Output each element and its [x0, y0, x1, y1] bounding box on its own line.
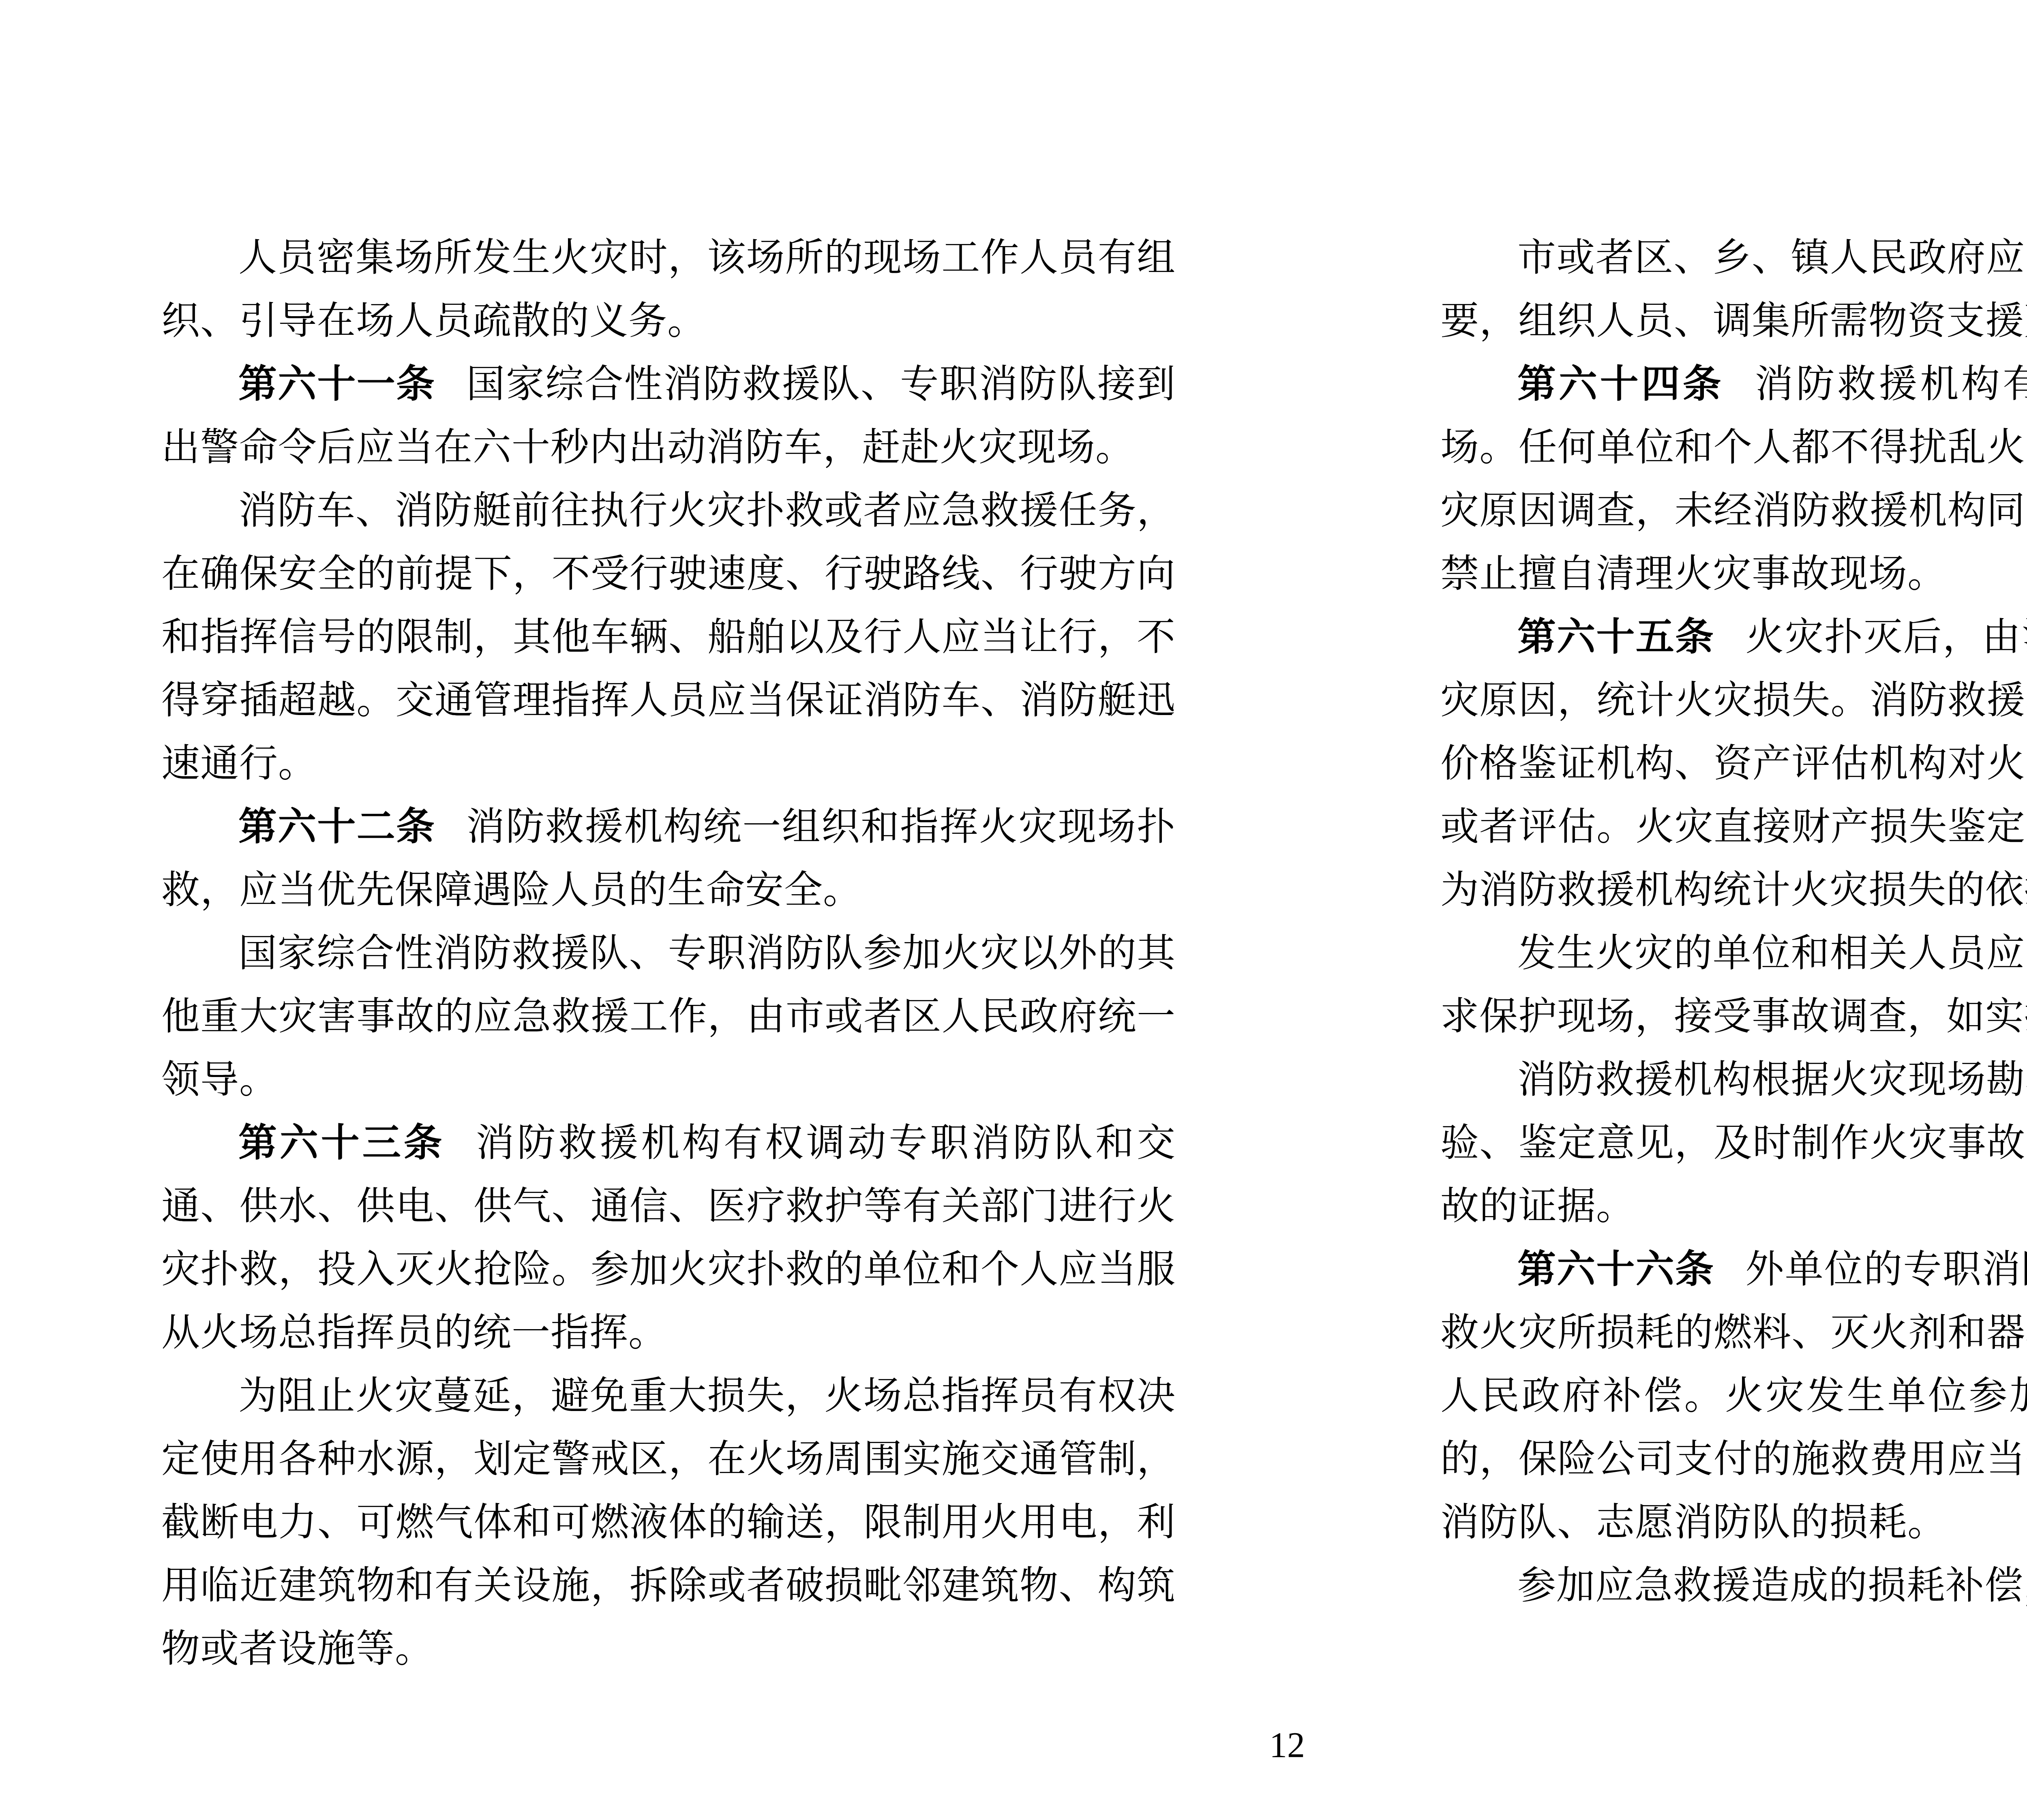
paragraph-text: 火灾扑灭后，由消防救援机构负责调查火灾原因，统计火灾损失。消防救援机构可以委托依…: [1440, 616, 2027, 912]
paragraph: 消防救援机构根据火灾现场勘验、调查情况和有关的检验、鉴定意见，及时制作火灾事故认…: [1440, 1048, 2027, 1238]
paragraph: 参加应急救援造成的损耗补偿，参照前款规定执行。: [1440, 1554, 2027, 1617]
paragraph-text: 国家综合性消防救援队、专职消防队参加火灾以外的其他重大灾害事故的应急救援工作，由…: [161, 932, 1176, 1101]
left-column: 人员密集场所发生火灾时，该场所的现场工作人员有组织、引导在场人员疏散的义务。 第…: [161, 226, 1176, 1681]
paragraph-text: 消防救援机构根据火灾现场勘验、调查情况和有关的检验、鉴定意见，及时制作火灾事故认…: [1440, 1058, 2027, 1228]
article-number: 第六十二条: [238, 805, 435, 848]
paragraph-text: 人员密集场所发生火灾时，该场所的现场工作人员有组织、引导在场人员疏散的义务。: [161, 236, 1176, 343]
article-number: 第六十三条: [238, 1122, 445, 1165]
paragraph-text: 消防车、消防艇前往执行火灾扑救或者应急救援任务，在确保安全的前提下，不受行驶速度…: [161, 489, 1176, 785]
paragraph: 第六十二条消防救援机构统一组织和指挥火灾现场扑救，应当优先保障遇险人员的生命安全…: [161, 795, 1176, 922]
page-number: 12: [0, 1728, 2027, 1763]
article-number: 第六十一条: [238, 363, 435, 406]
paragraph: 第六十六条外单位的专职消防队、志愿消防队参加扑救火灾所损耗的燃料、灭火剂和器材装…: [1440, 1238, 2027, 1554]
paragraph-text: 参加应急救援造成的损耗补偿，参照前款规定执行。: [1517, 1564, 2027, 1607]
paragraph-text: 发生火灾的单位和相关人员应当按照消防救援机构的要求保护现场，接受事故调查，如实提…: [1440, 932, 2027, 1038]
paragraph: 第六十一条国家综合性消防救援队、专职消防队接到出警命令后应当在六十秒内出动消防车…: [161, 353, 1176, 479]
paragraph: 第六十四条消防救援机构有权根据需要封闭火灾现场。任何单位和个人都不得扰乱火灾现场…: [1440, 353, 2027, 606]
paragraph: 发生火灾的单位和相关人员应当按照消防救援机构的要求保护现场，接受事故调查，如实提…: [1440, 922, 2027, 1048]
paragraph: 国家综合性消防救援队、专职消防队参加火灾以外的其他重大灾害事故的应急救援工作，由…: [161, 922, 1176, 1111]
paragraph: 消防车、消防艇前往执行火灾扑救或者应急救援任务，在确保安全的前提下，不受行驶速度…: [161, 479, 1176, 795]
article-number: 第六十五条: [1517, 616, 1714, 659]
document-page: 人员密集场所发生火灾时，该场所的现场工作人员有组织、引导在场人员疏散的义务。 第…: [0, 0, 2027, 1820]
right-column: 市或者区、乡、镇人民政府应当根据扑救火灾的紧急需要，组织人员、调集所需物资支援灭…: [1440, 226, 2027, 1617]
paragraph-text: 为阻止火灾蔓延，避免重大损失，火场总指挥员有权决定使用各种水源，划定警戒区，在火…: [161, 1375, 1176, 1670]
paragraph-text: 外单位的专职消防队、志愿消防队参加扑救火灾所损耗的燃料、灭火剂和器材装备，由火灾…: [1440, 1248, 2027, 1544]
paragraph: 为阻止火灾蔓延，避免重大损失，火场总指挥员有权决定使用各种水源，划定警戒区，在火…: [161, 1364, 1176, 1681]
paragraph: 人员密集场所发生火灾时，该场所的现场工作人员有组织、引导在场人员疏散的义务。: [161, 226, 1176, 353]
article-number: 第六十四条: [1517, 363, 1724, 406]
paragraph: 市或者区、乡、镇人民政府应当根据扑救火灾的紧急需要，组织人员、调集所需物资支援灭…: [1440, 226, 2027, 353]
paragraph: 第六十三条消防救援机构有权调动专职消防队和交通、供水、供电、供气、通信、医疗救护…: [161, 1111, 1176, 1364]
paragraph: 第六十五条火灾扑灭后，由消防救援机构负责调查火灾原因，统计火灾损失。消防救援机构…: [1440, 606, 2027, 922]
paragraph-text: 市或者区、乡、镇人民政府应当根据扑救火灾的紧急需要，组织人员、调集所需物资支援灭…: [1440, 236, 2027, 343]
article-number: 第六十六条: [1517, 1248, 1714, 1291]
